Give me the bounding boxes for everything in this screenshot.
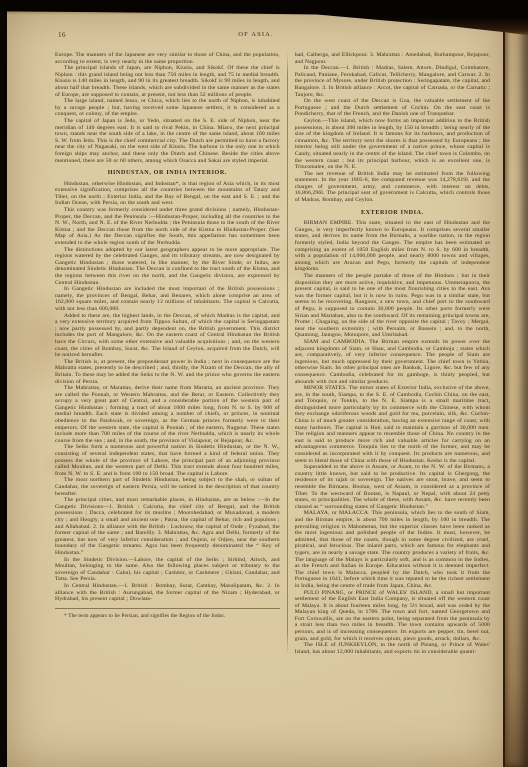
book-page: 16 OF ASIA. Europe. The manners of the J… (7, 10, 505, 767)
text-columns: Europe. The manners of the Japanese are … (7, 52, 505, 655)
paragraph: Ceylon.—This island, which now forms an … (295, 118, 490, 171)
paragraph: In Central Hindustan.—1. British : Bomba… (55, 583, 280, 603)
section-heading: HINDUSTAN, OR INDIA INTERIOR. (55, 170, 280, 177)
paragraph: BIRMAN EMPIRE. This state, situated to t… (295, 220, 490, 273)
paragraph: The Seiks form a numerous and powerful n… (55, 444, 280, 477)
paragraph: On the west coast of the Deccan is Goa, … (295, 98, 490, 118)
running-title: OF ASIA. (7, 31, 505, 38)
paragraph: The British is, at present, the preponde… (55, 359, 280, 385)
paragraph: SIAM and CAMBODIA. The Birman empire ext… (295, 339, 490, 385)
paragraph: The manners of the people partake of tho… (295, 273, 490, 339)
footnote: * The term appears to be Persian, and si… (55, 608, 280, 620)
paragraph: Hindustan, otherwise Hindostan, and Indo… (55, 181, 280, 207)
paragraph: The Mahrattas, or Marattas, derive their… (55, 385, 280, 444)
paragraph: MALAYA, or MALACCA. This peninsula, whic… (295, 510, 490, 589)
column-divider (287, 52, 288, 655)
paragraph: The principal cities, and most remarkabl… (55, 497, 280, 556)
left-column: Europe. The manners of the Japanese are … (55, 52, 280, 655)
paragraph: PULO PINANG, or PRINCE of WALES' ISLAND,… (295, 590, 490, 643)
paragraph: bad, Calberga, and Ellickpour. 3. Mahrat… (295, 52, 490, 65)
paragraph: The principal islands of Japan, are Niph… (55, 65, 280, 98)
paragraph: The most northern part of Sindetic Hindu… (55, 477, 280, 497)
adjacent-page-edge (503, 5, 528, 767)
paragraph: The ISLE of JUNKSEYLON, to the north of … (295, 642, 490, 655)
book-photo: 16 OF ASIA. Europe. The manners of the J… (0, 0, 528, 767)
section-heading: EXTERIOR INDIA. (295, 210, 490, 217)
paragraph: The large island, named Jesso, or Chica,… (55, 98, 280, 118)
paragraph: MINOR STATES. The minor states of Exteri… (295, 385, 490, 464)
paragraph: In the Deccan.—1. British : Madras, Sale… (295, 65, 490, 98)
paragraph: Europe. The manners of the Japanese are … (55, 52, 280, 65)
paragraph: In the Sindetic Division.—Lahore, the ca… (55, 557, 280, 583)
paragraph: This country was formerly considered und… (55, 207, 280, 247)
paragraph: In Gangetic Hindustan are included the m… (55, 286, 280, 312)
paragraph: The distinctions adopted by our latest g… (55, 247, 280, 287)
paragraph: The capital of Japan is Jedo, or Yedo, s… (55, 118, 280, 164)
page-number: 16 (58, 31, 66, 39)
paragraph: Added to these are, the highest lands, i… (55, 313, 280, 359)
paragraph: The net revenue of British India may be … (295, 171, 490, 204)
right-column: bad, Calberga, and Ellickpour. 3. Mahrat… (295, 52, 490, 655)
paragraph: Superadded to the above is Assam, or Asa… (295, 464, 490, 510)
